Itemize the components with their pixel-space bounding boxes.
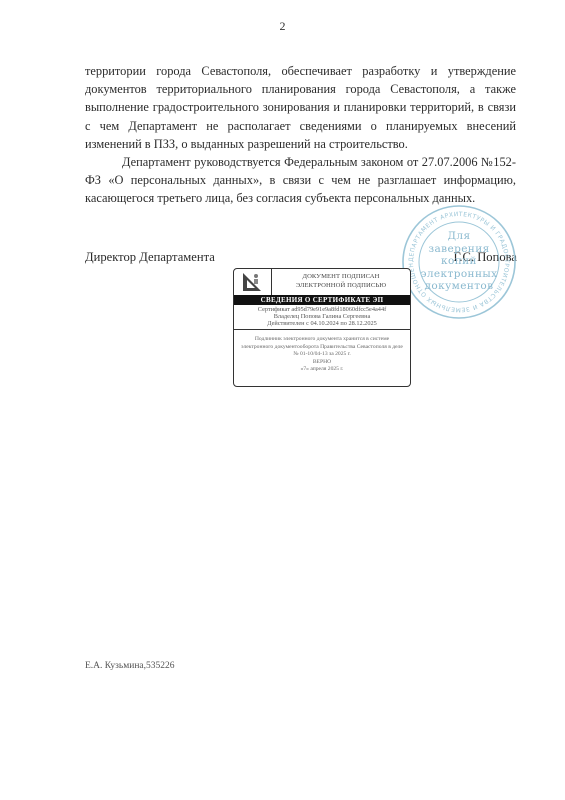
electronic-signature-stamp: ДОКУМЕНТ ПОДПИСАН ЭЛЕКТРОННОЙ ПОДПИСЬЮ С… <box>233 268 411 387</box>
coat-of-arms-icon <box>234 269 272 295</box>
certificate-owner: Владелец Попова Галина Сергеевна <box>234 313 410 320</box>
certificate-validity: Действителен с 04.10.2024 по 28.12.2025 <box>234 320 410 327</box>
page-number: 2 <box>0 19 565 34</box>
paragraph-2: Департамент руководствуется Федеральным … <box>85 153 516 208</box>
signer-title: Директор Департамента <box>85 250 215 265</box>
executor-contact: Е.А. Кузьмина,535226 <box>85 661 175 671</box>
signed-caption: ДОКУМЕНТ ПОДПИСАН ЭЛЕКТРОННОЙ ПОДПИСЬЮ <box>272 269 410 295</box>
verified-date: «7» апреля 2025 г. <box>234 366 410 374</box>
signer-name: Г.С. Попова <box>453 250 517 265</box>
letter-body: территории города Севастополя, обеспечив… <box>85 62 516 208</box>
paragraph-1: территории города Севастополя, обеспечив… <box>85 62 516 153</box>
signature-block: Директор Департамента Г.С. Попова <box>85 250 517 270</box>
certificate-details: Сертификат ad95d79e91e9a8fd18060dfcc5e4a… <box>234 305 410 330</box>
certificate-header: СВЕДЕНИЯ О СЕРТИФИКАТЕ ЭП <box>234 295 410 305</box>
storage-note: Подлинник электронного документа хранитс… <box>234 330 410 374</box>
verified-mark: ВЕРНО <box>234 359 410 367</box>
certificate-id: Сертификат ad95d79e91e9a8fd18060dfcc5e4a… <box>234 306 410 313</box>
